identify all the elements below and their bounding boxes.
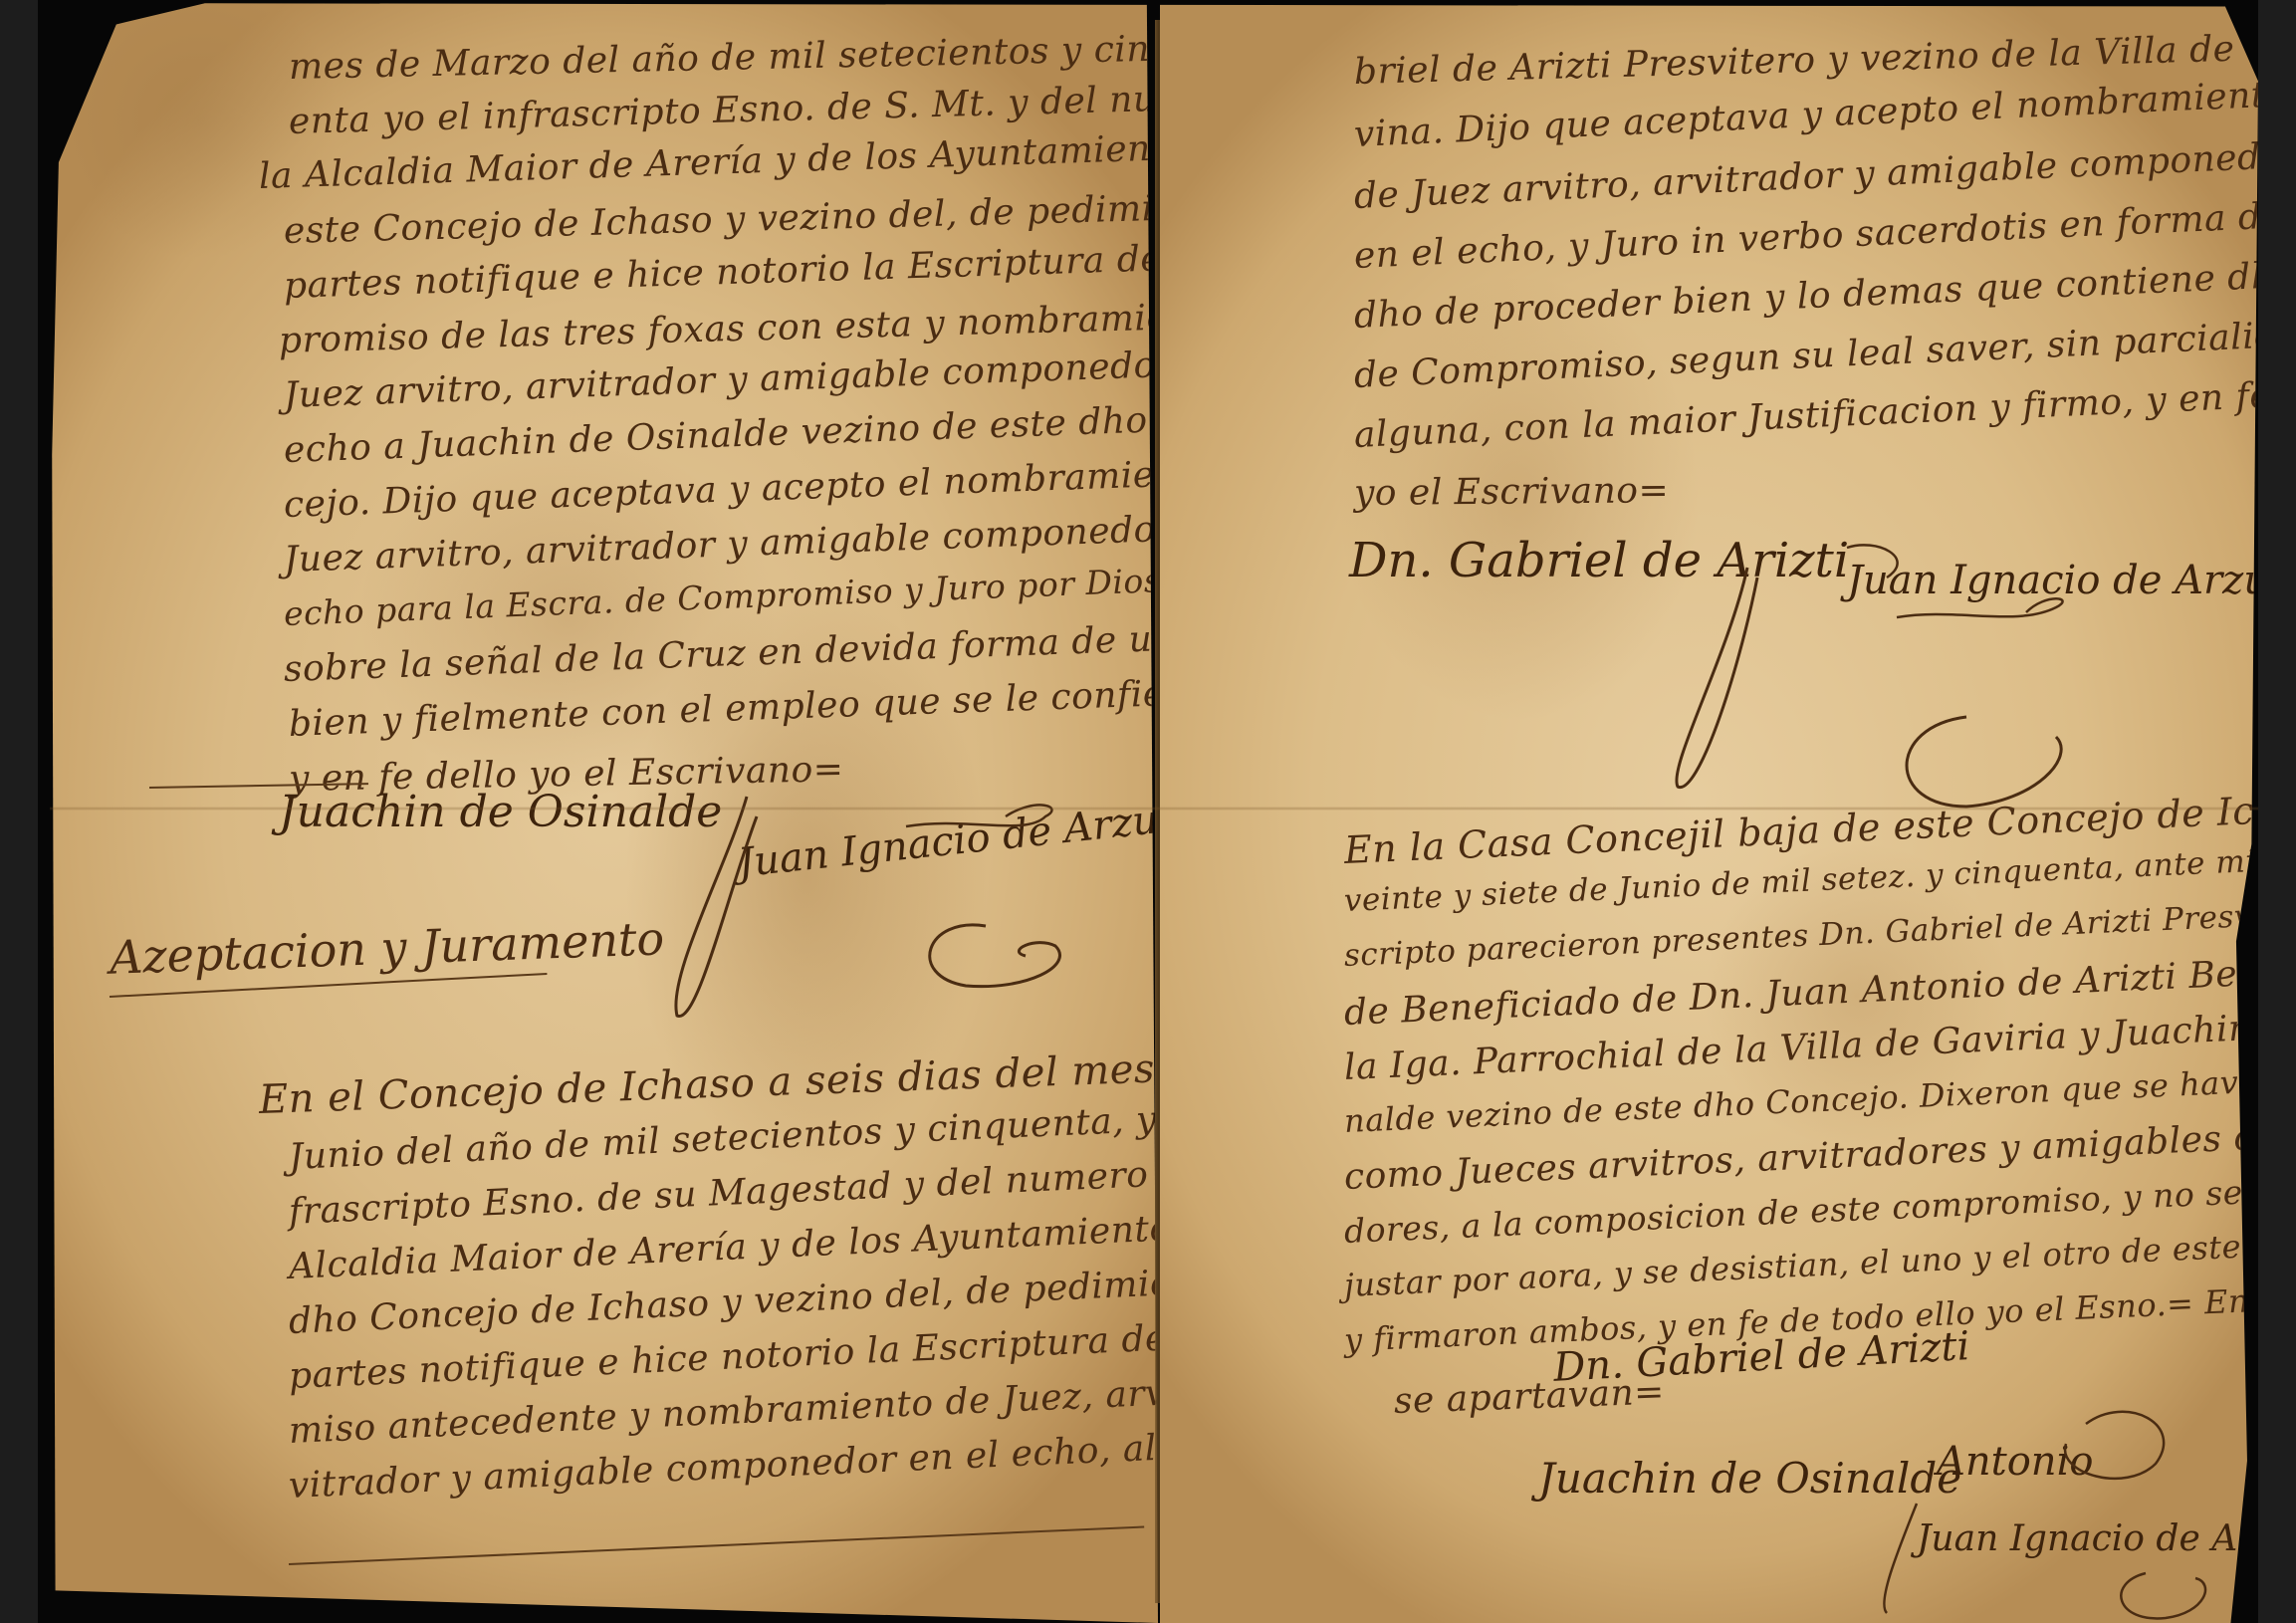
text-line: este Concejo de Ichaso y vezino del, de …	[284, 186, 1158, 250]
page-fold-line	[50, 807, 2258, 811]
text-line: yo el Escrivano=	[1354, 473, 1669, 512]
right-manuscript-page: briel de Arizti Presvitero y vezino de l…	[1160, 0, 2258, 1623]
document-viewer: mes de Marzo del año de mil setecientos …	[0, 0, 2296, 1623]
margin-heading: Azeptacion y Juramento	[109, 911, 665, 984]
signature-juachin-osinalde: Juachin de Osinalde	[1538, 1454, 1961, 1503]
text-line: enta yo el infrascripto Esno. de S. Mt. …	[289, 78, 1158, 140]
right-edge-strip	[2258, 0, 2296, 1623]
signature-juan-ignacio: Juan Ignacio de Arzuru	[1917, 1518, 2258, 1559]
signature-antonio: Antonio	[1937, 1439, 2093, 1485]
signature-juachin-osinalde: Juachin de Osinalde	[279, 787, 722, 837]
signature-juan-ignacio: Juan Ignacio de Arzuru	[1847, 558, 2258, 603]
left-manuscript-page: mes de Marzo del año de mil setecientos …	[50, 0, 1158, 1623]
closing-rule	[289, 1525, 1144, 1565]
text-line: mes de Marzo del año de mil setecientos …	[289, 31, 1158, 86]
left-edge-strip	[0, 0, 38, 1623]
signature-gabriel-arizti: Dn. Gabriel de Arizti	[1349, 533, 1849, 588]
signature-flourish-icon	[1857, 1384, 2255, 1623]
